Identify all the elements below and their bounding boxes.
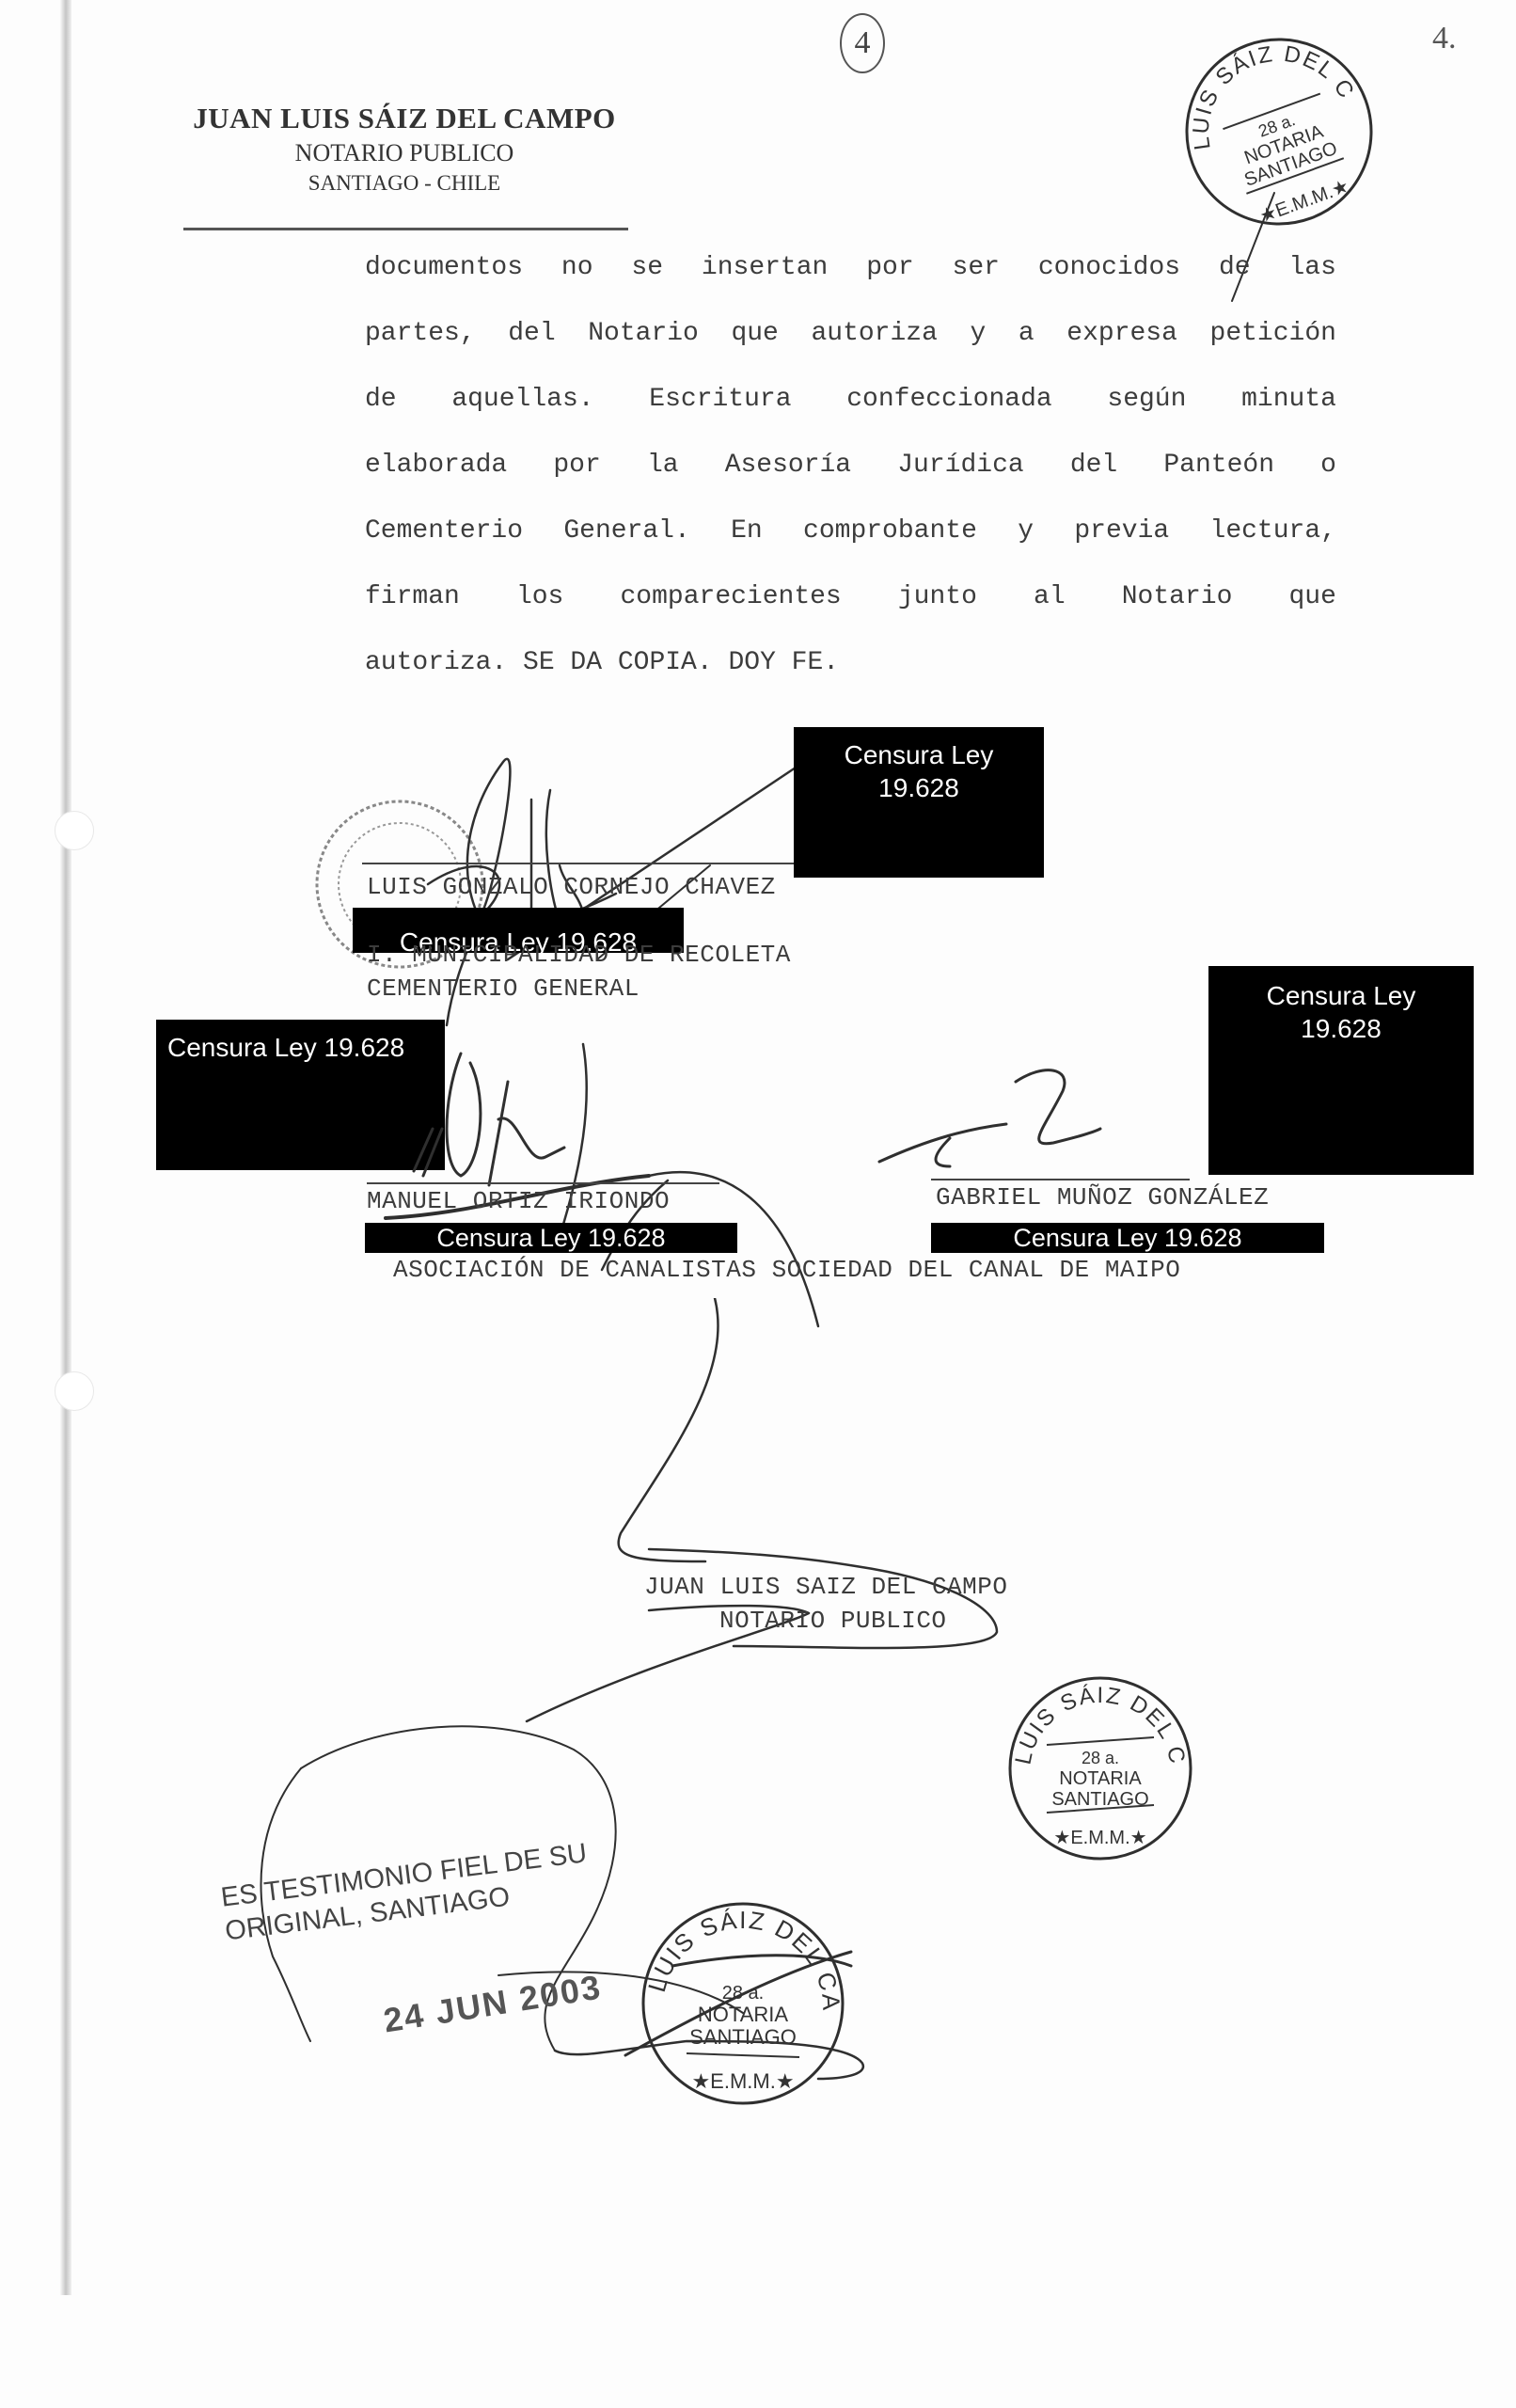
body-line: documentosnoseinsertanporserconocidosdel… <box>365 235 1336 301</box>
svg-text:28 a.: 28 a. <box>1082 1749 1119 1767</box>
redaction-box: Censura Ley 19.628 <box>365 1223 737 1253</box>
svg-text:★E.M.M.★: ★E.M.M.★ <box>1053 1828 1146 1848</box>
redaction-box: Censura Ley 19.628 <box>931 1223 1324 1253</box>
letterhead-city: SANTIAGO - CHILE <box>179 171 630 196</box>
signatory-org-line: I. MUNICIPALIDAD DE RECOLETA <box>367 941 791 969</box>
svg-text:NOTARIA: NOTARIA <box>1059 1768 1142 1789</box>
signature-line <box>362 863 795 864</box>
document-body: documentosnoseinsertanporserconocidosdel… <box>365 235 1336 696</box>
notary-seal-bottom: JUAN LUIS SÁIZ DEL CAMPO 28 a. NOTARIA S… <box>635 1895 851 2116</box>
signatory-name-munoz: GABRIEL MUÑOZ GONZÁLEZ <box>936 1183 1269 1212</box>
signatory-name-ortiz: MANUEL ORTIZ IRIONDO <box>367 1187 670 1215</box>
body-line: partes,delNotarioqueautorizayaexpresapet… <box>365 301 1336 367</box>
svg-text:SANTIAGO: SANTIAGO <box>689 2025 797 2049</box>
notary-signature-title: NOTARIO PUBLICO <box>719 1607 947 1635</box>
body-line: deaquellas.Escrituraconfeccionadasegúnmi… <box>365 367 1336 433</box>
body-line: firmanloscomparecientesjuntoalNotarioque <box>365 564 1336 630</box>
signature-line <box>367 1182 719 1184</box>
scan-shadow <box>60 0 71 2295</box>
body-line: CementerioGeneral.Encomprobanteypreviale… <box>365 499 1336 564</box>
notary-seal-mid: JUAN LUIS SÁIZ DEL CAMPO 28 a. NOTARIA S… <box>1002 1670 1199 1872</box>
page-number: 4. <box>1432 21 1457 56</box>
body-line: autoriza. SE DA COPIA. DOY FE. <box>365 630 1336 696</box>
signatory-org-line: CEMENTERIO GENERAL <box>367 974 640 1003</box>
body-line: elaboradaporlaAsesoríaJurídicadelPanteón… <box>365 433 1336 499</box>
letterhead-name: JUAN LUIS SÁIZ DEL CAMPO <box>179 102 630 135</box>
circled-page-number: 4 <box>840 13 885 73</box>
svg-text:NOTARIA: NOTARIA <box>698 2003 788 2026</box>
letterhead-rule <box>183 228 628 230</box>
redaction-box: Censura Ley19.628 <box>1208 966 1474 1175</box>
letterhead-title: NOTARIO PUBLICO <box>179 139 630 167</box>
punch-hole <box>55 811 94 850</box>
shared-organization: ASOCIACIÓN DE CANALISTAS SOCIEDAD DEL CA… <box>393 1256 1180 1284</box>
redaction-box: Censura Ley19.628 <box>794 727 1044 878</box>
punch-hole <box>55 1371 94 1411</box>
signature-line <box>931 1179 1190 1180</box>
signatory-name-cornejo: LUIS GONZALO CORNEJO CHAVEZ <box>367 873 776 901</box>
notary-signature-name: JUAN LUIS SAIZ DEL CAMPO <box>644 1573 1007 1601</box>
svg-text:★E.M.M.★: ★E.M.M.★ <box>691 2069 794 2093</box>
